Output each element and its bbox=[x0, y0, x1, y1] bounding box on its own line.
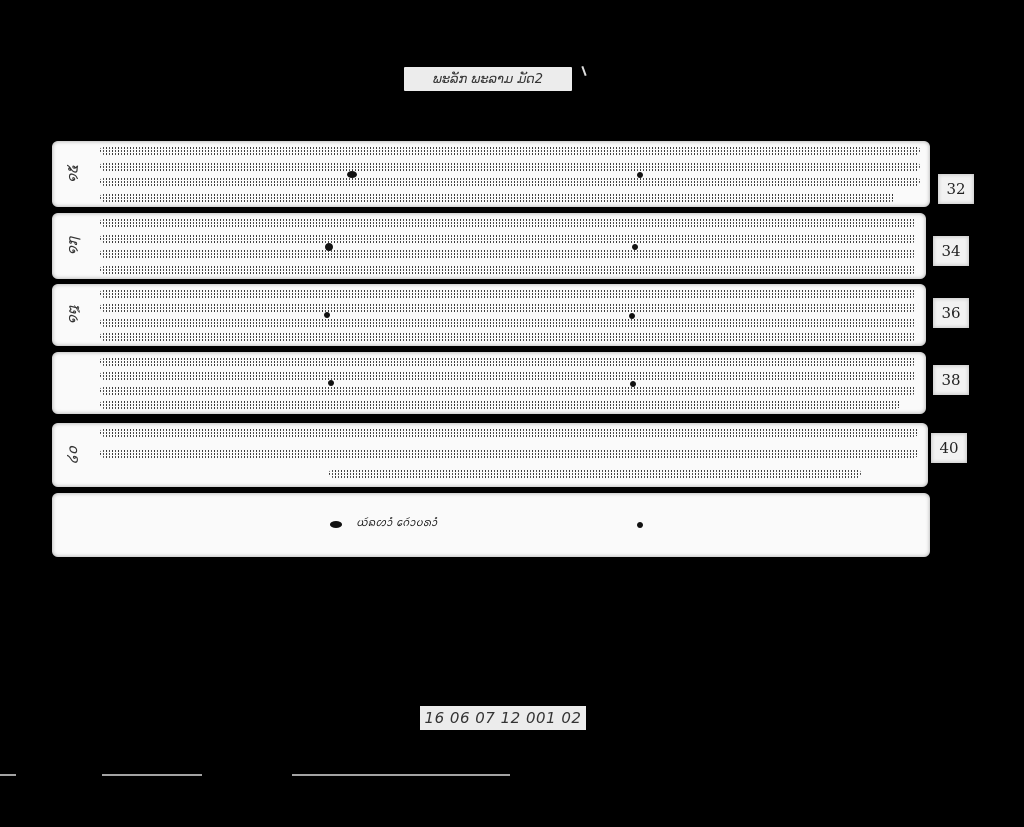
page-tag-32: 32 bbox=[938, 174, 974, 204]
page-tag-34: 34 bbox=[933, 236, 969, 266]
string-hole-left bbox=[325, 243, 333, 251]
leaf-text-lines bbox=[100, 288, 916, 342]
manuscript-leaf-6-cover bbox=[52, 493, 930, 557]
leaf-text-lines bbox=[100, 356, 916, 410]
string-hole-right bbox=[637, 172, 643, 178]
string-hole-right bbox=[630, 381, 636, 387]
string-hole-left bbox=[324, 312, 330, 318]
page-tag-40: 40 bbox=[931, 433, 967, 463]
manuscript-leaf-4 bbox=[52, 352, 926, 414]
string-hole-right bbox=[629, 313, 635, 319]
leaf-text-lines bbox=[100, 427, 918, 479]
collection-title-label: ພະລັກ ພະລາມ ມັດ2 bbox=[404, 67, 572, 91]
manuscript-leaf-1: ໑໕ bbox=[52, 141, 930, 207]
archive-id-label: 16 06 07 12 001 02 bbox=[420, 706, 586, 730]
scan-artifact-3 bbox=[292, 774, 510, 776]
string-hole-right bbox=[632, 244, 638, 250]
string-hole-left bbox=[328, 380, 334, 386]
cover-title-text: ᨿᩢᨦᩉᩣᩴ ᨣᩮᩢᩣᨷᩁᩣᩴ bbox=[356, 514, 437, 532]
page-tag-38: 38 bbox=[933, 365, 969, 395]
leaf-marker: ໑໗ bbox=[65, 237, 81, 255]
manuscript-leaf-5: ໒໐ bbox=[52, 423, 928, 487]
leaf-marker: ໑໕ bbox=[65, 165, 81, 183]
leaf-marker: ໒໐ bbox=[65, 446, 81, 464]
string-hole-right bbox=[637, 522, 643, 528]
archive-id-text: 16 06 07 12 001 02 bbox=[425, 709, 582, 727]
scan-artifact-1 bbox=[0, 774, 16, 776]
scan-artifact-2 bbox=[102, 774, 202, 776]
leaf-marker: ໑໘ bbox=[65, 306, 81, 324]
leaf-text-lines bbox=[100, 145, 920, 203]
string-hole-left bbox=[347, 171, 357, 178]
page-tag-36: 36 bbox=[933, 298, 969, 328]
collection-title-text: ພະລັກ ພະລາມ ມັດ2 bbox=[433, 72, 543, 87]
leaf-text-lines bbox=[100, 217, 916, 275]
manuscript-leaf-3: ໑໘ bbox=[52, 284, 926, 346]
string-hole-left bbox=[330, 521, 342, 528]
manuscript-leaf-2: ໑໗ bbox=[52, 213, 926, 279]
scan-mark bbox=[581, 66, 586, 76]
